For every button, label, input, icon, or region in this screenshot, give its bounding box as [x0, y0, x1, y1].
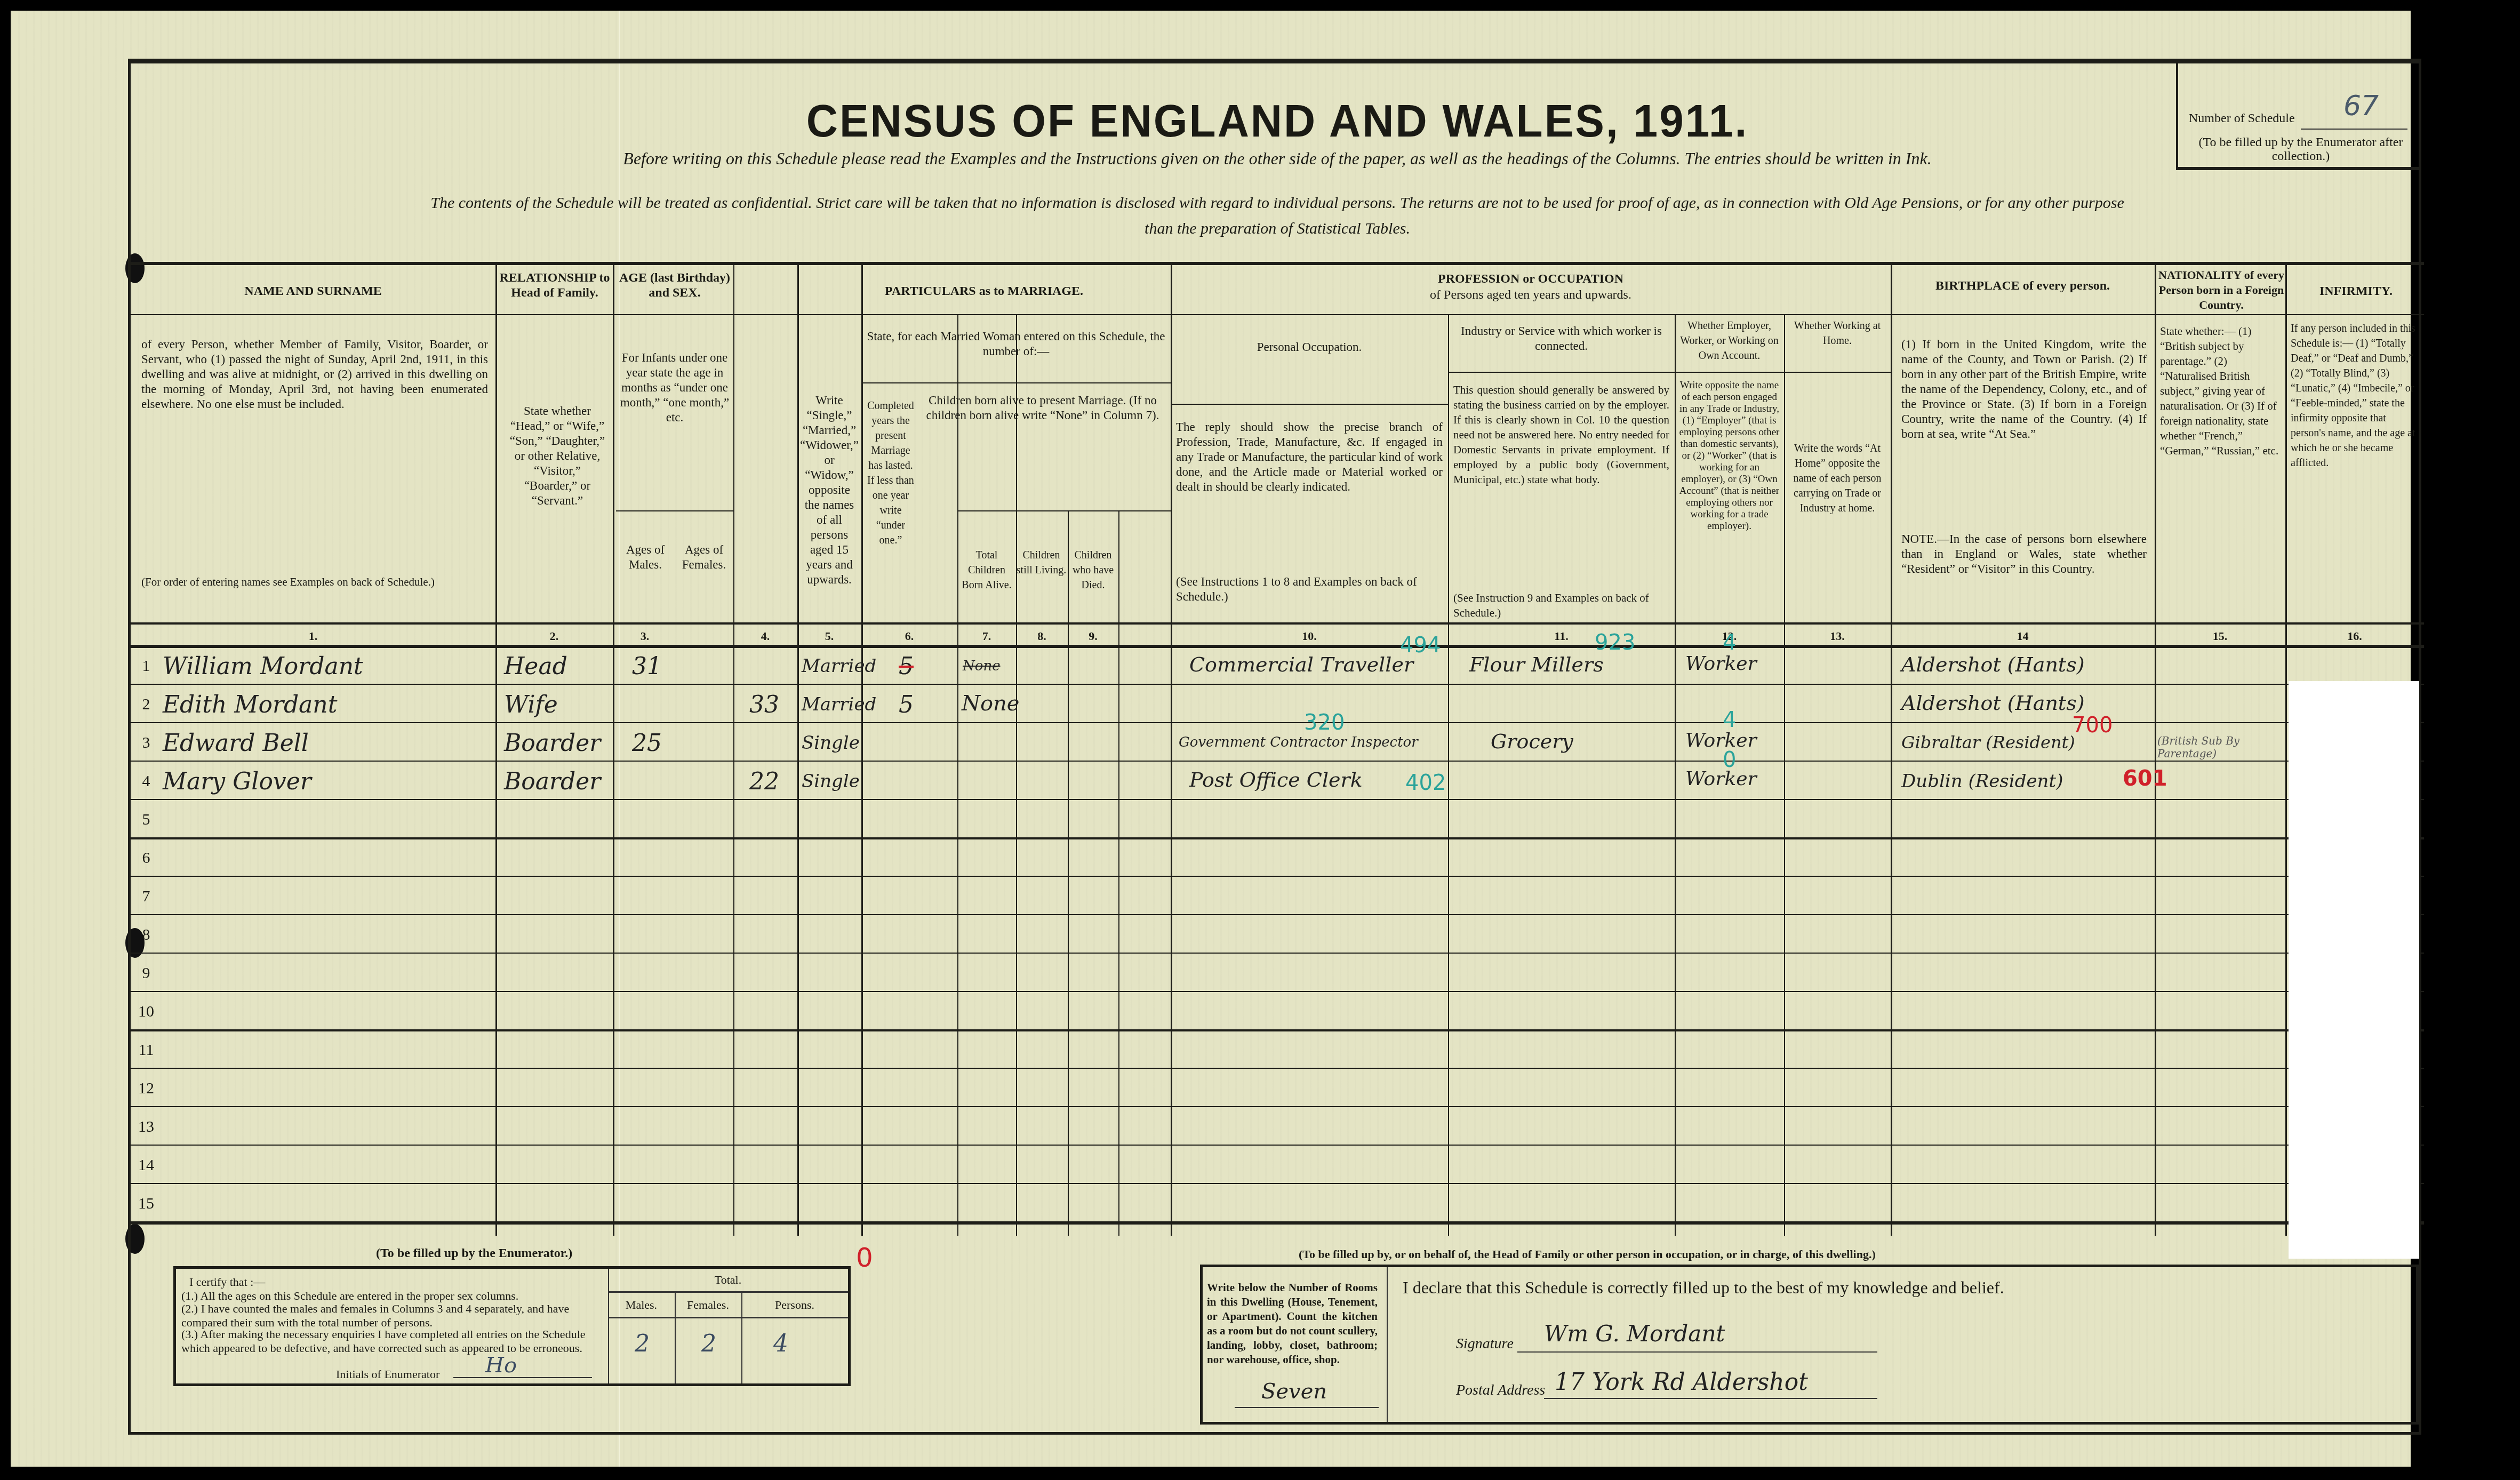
persons-total[interactable]: 4: [773, 1330, 788, 1357]
household-caption: (To be filled up by, or on behalf of, th…: [1299, 1247, 1876, 1261]
person-occupation[interactable]: Commercial Traveller: [1189, 653, 1413, 676]
person-name[interactable]: Mary Glover: [163, 768, 311, 795]
person-employment[interactable]: Worker: [1685, 653, 1757, 675]
household-declaration-box: Write below the Number of Rooms in this …: [1200, 1265, 2419, 1425]
household-table: NAME AND SURNAME of every Person, whethe…: [131, 262, 2424, 1236]
row-number: 4: [133, 772, 159, 790]
header-infirmity: INFIRMITY.: [2288, 284, 2424, 299]
personal-occupation-see: (See Instructions 1 to 8 and Examples on…: [1176, 574, 1443, 604]
certify-item-1: (1.) All the ages on this Schedule are e…: [181, 1289, 608, 1303]
header-marriage: PARTICULARS as to MARRIAGE.: [797, 284, 1171, 299]
person-relationship[interactable]: Wife: [504, 691, 558, 718]
initials-value[interactable]: Ho: [485, 1353, 517, 1378]
person-name[interactable]: Edward Bell: [163, 730, 309, 757]
infirmity-instructions: If any person included in this Schedule …: [2291, 321, 2421, 470]
row-number: 14: [133, 1156, 159, 1174]
married-woman-instructions: State, for each Married Woman entered on…: [867, 329, 1165, 359]
home-instructions: Write the words “At Home” opposite the n…: [1787, 441, 1888, 516]
person-industry[interactable]: Grocery: [1491, 730, 1573, 753]
header-age: AGE (last Birthday) and SEX.: [616, 270, 733, 300]
person-birthplace[interactable]: Aldershot (Hants): [1901, 653, 2084, 676]
personal-occupation-instructions: The reply should show the precise branch…: [1176, 420, 1443, 494]
col-number: 13.: [1784, 629, 1891, 643]
schedule-note: (To be filled up by the Enumerator after…: [2186, 135, 2415, 163]
row-number: 9: [133, 964, 159, 982]
females-label: Females.: [675, 1298, 741, 1312]
person-relationship[interactable]: Boarder: [504, 768, 601, 795]
employer-instructions: Write opposite the name of each person e…: [1677, 380, 1781, 532]
ages-females-label: Ages of Females.: [675, 542, 733, 572]
col-number: 5.: [797, 629, 861, 643]
red-mark: 0: [856, 1242, 873, 1273]
certify-label: I certify that :—: [189, 1275, 265, 1289]
person-relationship[interactable]: Boarder: [504, 730, 601, 757]
row-number: 11: [133, 1041, 159, 1059]
person-condition[interactable]: Single: [802, 771, 860, 792]
person-condition[interactable]: Married: [802, 655, 876, 677]
header-name: NAME AND SURNAME: [131, 284, 495, 299]
person-age-male[interactable]: 25: [632, 730, 662, 757]
row-number: 1: [133, 657, 159, 675]
children-died-label: Children who have Died.: [1068, 548, 1118, 593]
signature-label: Signature: [1456, 1335, 1514, 1353]
page-title: CENSUS OF ENGLAND AND WALES, 1911.: [131, 95, 2424, 148]
person-age-female[interactable]: 33: [749, 691, 779, 718]
industry-see: (See Instruction 9 and Examples on back …: [1453, 590, 1669, 620]
row-number: 2: [133, 695, 159, 714]
initials-label: Initials of Enumerator: [336, 1367, 439, 1381]
enumerator-box: I certify that :— (1.) All the ages on t…: [173, 1266, 851, 1386]
industry-instructions: This question should generally be answer…: [1453, 382, 1669, 487]
years-married-instructions: Completed years the present Marriage has…: [864, 398, 917, 548]
schedule-number-box: Number of Schedule 67 (To be filled up b…: [2176, 63, 2419, 170]
col-number: 6.: [861, 629, 957, 643]
industry-label: Industry or Service with which worker is…: [1451, 324, 1672, 354]
birthplace-code: 601: [2123, 766, 2167, 791]
confidential-notice: The contents of the Schedule will be tre…: [131, 194, 2424, 212]
signature-value[interactable]: Wm G. Mordant: [1544, 1321, 1725, 1347]
header-birthplace: BIRTHPLACE of every person.: [1891, 278, 2155, 293]
birthplace-note: NOTE.—In the case of persons born elsewh…: [1901, 532, 2147, 577]
person-employment[interactable]: Worker: [1685, 768, 1757, 790]
persons-label: Persons.: [741, 1298, 848, 1312]
occupation-code: 402: [1405, 771, 1446, 795]
footer-section: (To be filled up by the Enumerator.) 0 I…: [131, 1242, 2424, 1439]
row-number: 6: [133, 849, 159, 867]
employer-label: Whether Employer, Worker, or Working on …: [1677, 318, 1781, 363]
person-children-total[interactable]: None: [963, 658, 1001, 674]
header-nationality: NATIONALITY of every Person born in a Fo…: [2157, 268, 2285, 313]
males-label: Males.: [608, 1298, 675, 1312]
person-occupation[interactable]: Post Office Clerk: [1189, 768, 1363, 791]
person-age-female[interactable]: 22: [749, 768, 779, 795]
birthplace-code: 700: [2072, 713, 2113, 738]
col-number: 11.: [1448, 629, 1675, 643]
redacted-area: [2289, 681, 2419, 1259]
col-number: 7.: [957, 629, 1016, 643]
row-number: 12: [133, 1079, 159, 1098]
person-years-married[interactable]: 5: [899, 691, 914, 718]
nationality-instructions: State whether:— (1) “British subject by …: [2160, 324, 2283, 458]
person-birthplace[interactable]: Aldershot (Hants): [1901, 691, 2084, 715]
row-number: 3: [133, 734, 159, 752]
certify-item-3: (3.) After making the necessary enquirie…: [181, 1327, 608, 1355]
marriage-condition-instructions: Write “Single,” “Married,” “Widower,” or…: [800, 393, 859, 587]
occupation-code: 494: [1400, 633, 1441, 658]
males-total[interactable]: 2: [635, 1330, 650, 1357]
row-number: 15: [133, 1195, 159, 1213]
name-instructions: of every Person, whether Member of Famil…: [141, 337, 488, 412]
children-living-label: Children still Living.: [1016, 548, 1067, 578]
col-number: 2.: [495, 629, 613, 643]
declaration-text: I declare that this Schedule is correctl…: [1403, 1278, 2004, 1298]
employment-code: 4: [1723, 630, 1736, 655]
total-children-label: Total Children Born Alive.: [960, 548, 1013, 593]
person-occupation[interactable]: Government Contractor Inspector: [1179, 734, 1418, 750]
col-number: 16.: [2285, 629, 2424, 643]
col-number: 4.: [733, 629, 797, 643]
person-nationality[interactable]: (British Sub By Parentage): [2157, 734, 2283, 760]
enumerator-caption: (To be filled up by the Enumerator.): [376, 1246, 572, 1261]
row-number: 7: [133, 887, 159, 906]
col-number: 8.: [1016, 629, 1068, 643]
person-name[interactable]: William Mordant: [163, 653, 363, 680]
row-number: 13: [133, 1118, 159, 1136]
person-birthplace[interactable]: Dublin (Resident): [1901, 771, 2063, 792]
age-instructions: For Infants under one year state the age…: [616, 350, 733, 425]
rooms-instruction: Write below the Number of Rooms in this …: [1207, 1281, 1378, 1367]
person-children-total[interactable]: None: [962, 691, 1020, 716]
header-occupation: PROFESSION or OCCUPATION: [1171, 271, 1891, 286]
females-total[interactable]: 2: [701, 1330, 716, 1357]
person-age-male[interactable]: 31: [632, 653, 662, 680]
children-instructions: Children born alive to present Marriage.…: [917, 393, 1168, 423]
schedule-number-value[interactable]: 67: [2343, 90, 2379, 122]
subtitle: Before writing on this Schedule please r…: [131, 149, 2424, 169]
person-years-married[interactable]: 5: [899, 653, 914, 680]
name-note: (For order of entering names see Example…: [141, 574, 488, 589]
form-frame: CENSUS OF ENGLAND AND WALES, 1911. Befor…: [128, 59, 2421, 1435]
industry-code: 923: [1595, 630, 1635, 655]
postal-address-label: Postal Address: [1456, 1382, 1545, 1399]
birthplace-instructions: (1) If born in the United Kingdom, write…: [1901, 337, 2147, 442]
ages-males-label: Ages of Males.: [616, 542, 675, 572]
home-label: Whether Working at Home.: [1787, 318, 1888, 348]
person-birthplace[interactable]: Gibraltar (Resident): [1901, 732, 2075, 753]
person-relationship[interactable]: Head: [504, 653, 567, 680]
row-number: 8: [133, 926, 159, 944]
person-condition[interactable]: Married: [802, 694, 876, 715]
employment-code: 0: [1723, 748, 1736, 772]
col-number: 15.: [2155, 629, 2285, 643]
total-label: Total.: [608, 1273, 848, 1287]
row-number: 10: [133, 1003, 159, 1021]
header-relationship: RELATIONSHIP to Head of Family.: [499, 270, 611, 300]
person-name[interactable]: Edith Mordant: [163, 691, 337, 718]
rooms-value[interactable]: Seven: [1261, 1379, 1327, 1404]
occupation-subheader: of Persons aged ten years and upwards.: [1171, 287, 1891, 302]
person-industry[interactable]: Flour Millers: [1469, 653, 1604, 676]
col-number: 1.: [131, 629, 495, 643]
occupation-code: 320: [1304, 710, 1345, 735]
person-condition[interactable]: Single: [802, 732, 860, 754]
person-employment[interactable]: Worker: [1685, 730, 1757, 751]
col-number: 3.: [613, 629, 677, 643]
postal-address-value[interactable]: 17 York Rd Aldershot: [1555, 1369, 1808, 1396]
col-number: 9.: [1068, 629, 1118, 643]
schedule-number-label: Number of Schedule: [2189, 111, 2295, 125]
col-number: 14: [1891, 629, 2155, 643]
employment-code: 4: [1723, 708, 1736, 732]
relationship-instructions: State whether “Head,” or “Wife,” “Son,” …: [509, 404, 605, 508]
personal-occupation-label: Personal Occupation.: [1176, 340, 1443, 355]
row-number: 5: [133, 811, 159, 829]
certify-item-2: (2.) I have counted the males and female…: [181, 1302, 608, 1330]
confidential-notice-2: than the preparation of Statistical Tabl…: [131, 220, 2424, 238]
